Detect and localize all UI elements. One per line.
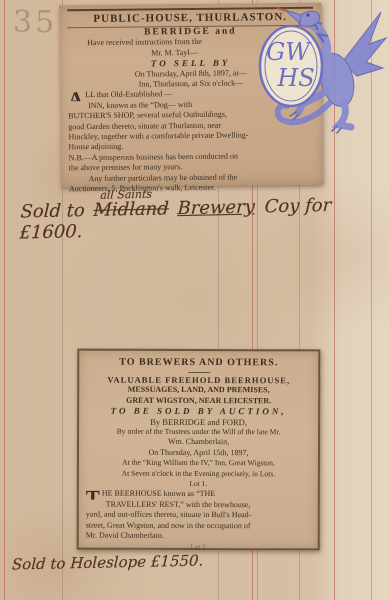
emblem-letters-gw: GW bbox=[266, 38, 312, 66]
emblem-letters-hs: HS bbox=[276, 64, 314, 92]
clipping1-dropcap: A bbox=[68, 91, 83, 102]
clipping2-line: THE BEERHOUSE known as “THE bbox=[86, 489, 311, 500]
clipping2-line: By BERRIDGE and FORD, bbox=[86, 416, 311, 427]
gwhs-dragon-emblem: GW HS bbox=[254, 0, 389, 140]
handwritten-note-sold-1550: Sold to Holeslope £1550. bbox=[12, 550, 253, 573]
clipping2-title: TO BREWERS AND OTHERS. bbox=[86, 354, 311, 372]
clipping2-line: Lot 1. bbox=[86, 479, 311, 490]
clipping2-line: street, Great Wigston, and now in the oc… bbox=[86, 520, 311, 531]
clipping2-line: Wm. Chamberlain, bbox=[86, 437, 311, 448]
handwriting-prefix: Sold to bbox=[20, 200, 85, 222]
clipping2-line: TO BE SOLD BY AUCTION, bbox=[86, 406, 311, 417]
clipping2-line: At Seven o'clock in the Evening precisel… bbox=[86, 468, 311, 479]
clipping2-line: By order of the Trustees under the Will … bbox=[86, 427, 311, 438]
handwriting-inserted-word: all Saints bbox=[100, 188, 152, 202]
handwriting-struck-word: Midlandall Saints bbox=[93, 198, 169, 221]
clipping2-line: At the “King William the IV,” Inn, Great… bbox=[86, 458, 311, 469]
clipping2-line: yard, and out-offices thereto, situate i… bbox=[86, 510, 311, 521]
clipping2-line: MESSUAGES, LAND, AND PREMISES, bbox=[86, 385, 311, 396]
scrapbook-page: 35 PUBLIC-HOUSE, THURLASTON. BERRIDGE an… bbox=[0, 0, 389, 600]
dragon-icon: GW HS bbox=[254, 0, 389, 140]
page-number: 35 bbox=[13, 5, 57, 40]
ruled-line-red bbox=[4, 0, 5, 600]
newspaper-clipping-wigston: TO BREWERS AND OTHERS. VALUABLE FREEHOLD… bbox=[77, 349, 321, 551]
clipping2-line: GREAT WIGSTON, NEAR LEICESTER. bbox=[86, 395, 311, 406]
clipping2-line: Mr. David Chamberlain. bbox=[86, 531, 311, 542]
clipping2-line: On Thursday, April 15th, 1897, bbox=[86, 447, 311, 458]
handwriting-underlined-word: Brewery bbox=[177, 197, 255, 220]
clipping2-dropcap: T bbox=[86, 489, 100, 500]
clipping2-line: VALUABLE FREEHOLD BEERHOUSE, bbox=[86, 375, 311, 386]
handwritten-note-sold-1600: Sold to Midlandall Saints Brewery Coy fo… bbox=[19, 195, 351, 244]
title-divider-rule bbox=[188, 372, 210, 373]
clipping2-line: TRAVELLERS' REST,” with the brewhouse, bbox=[86, 499, 311, 510]
